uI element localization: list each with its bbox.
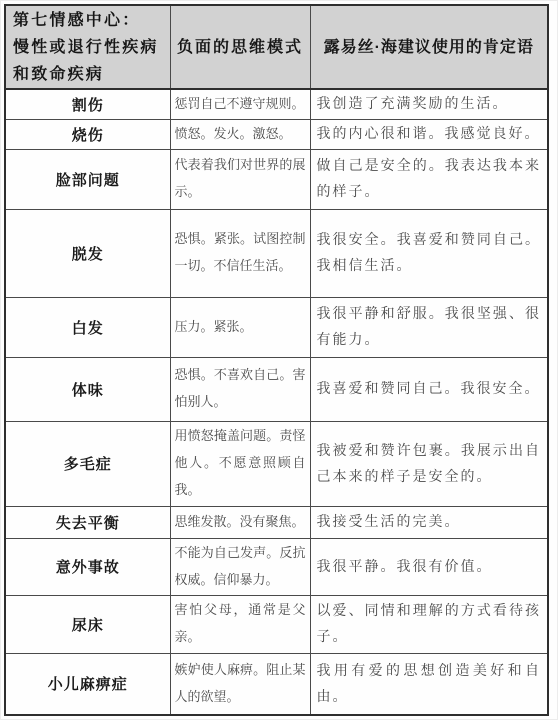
condition-cell: 割伤: [5, 89, 170, 119]
negative-pattern-cell: 害怕父母，通常是父亲。: [170, 595, 310, 653]
affirmation-cell: 我很平静。我很有价值。: [310, 538, 548, 595]
condition-cell: 脸部问题: [5, 149, 170, 209]
table-row: 多毛症 用愤怒掩盖问题。责怪他人。不愿意照顾自我。 我被爱和赞许包裹。我展示出自…: [5, 421, 548, 506]
negative-pattern-cell: 嫉妒使人麻痹。阻止某人的欲望。: [170, 653, 310, 715]
condition-cell: 失去平衡: [5, 506, 170, 538]
condition-cell: 多毛症: [5, 421, 170, 506]
table-row: 烧伤 愤怒。发火。激怒。 我的内心很和谐。我感觉良好。: [5, 119, 548, 149]
condition-cell: 体味: [5, 357, 170, 421]
negative-pattern-cell: 惩罚自己不遵守规则。: [170, 89, 310, 119]
condition-cell: 烧伤: [5, 119, 170, 149]
affirmation-cell: 我创造了充满奖励的生活。: [310, 89, 548, 119]
negative-pattern-cell: 代表着我们对世界的展示。: [170, 149, 310, 209]
affirmation-cell: 我接受生活的完美。: [310, 506, 548, 538]
affirmation-cell: 我的内心很和谐。我感觉良好。: [310, 119, 548, 149]
condition-cell: 白发: [5, 297, 170, 357]
negative-pattern-cell: 恐惧。紧张。试图控制一切。不信任生活。: [170, 209, 310, 297]
affirmation-cell: 我用有爱的思想创造美好和自由。: [310, 653, 548, 715]
negative-pattern-cell: 恐惧。不喜欢自己。害怕别人。: [170, 357, 310, 421]
affirmation-cell: 我喜爱和赞同自己。我很安全。: [310, 357, 548, 421]
column-header-emotional-center: 第七情感中心： 慢性或退行性疾病 和致命疾病: [5, 5, 170, 89]
condition-cell: 意外事故: [5, 538, 170, 595]
table-body: 割伤 惩罚自己不遵守规则。 我创造了充满奖励的生活。 烧伤 愤怒。发火。激怒。 …: [5, 89, 548, 715]
affirmations-table: 第七情感中心： 慢性或退行性疾病 和致命疾病 负面的思维模式 露易丝·海建议使用…: [4, 4, 549, 716]
table-row: 尿床 害怕父母，通常是父亲。 以爱、同情和理解的方式看待孩子。: [5, 595, 548, 653]
negative-pattern-cell: 压力。紧张。: [170, 297, 310, 357]
table-row: 脸部问题 代表着我们对世界的展示。 做自己是安全的。我表达我本来的样子。: [5, 149, 548, 209]
header-row: 第七情感中心： 慢性或退行性疾病 和致命疾病 负面的思维模式 露易丝·海建议使用…: [5, 5, 548, 89]
condition-cell: 小儿麻痹症: [5, 653, 170, 715]
negative-pattern-cell: 不能为自己发声。反抗权威。信仰暴力。: [170, 538, 310, 595]
column-header-affirmation: 露易丝·海建议使用的肯定语: [310, 5, 548, 89]
column-header-negative-pattern: 负面的思维模式: [170, 5, 310, 89]
table-row: 体味 恐惧。不喜欢自己。害怕别人。 我喜爱和赞同自己。我很安全。: [5, 357, 548, 421]
negative-pattern-cell: 愤怒。发火。激怒。: [170, 119, 310, 149]
table-row: 失去平衡 思维发散。没有聚焦。 我接受生活的完美。: [5, 506, 548, 538]
condition-cell: 尿床: [5, 595, 170, 653]
scanned-book-page: 第七情感中心： 慢性或退行性疾病 和致命疾病 负面的思维模式 露易丝·海建议使用…: [0, 0, 558, 720]
affirmation-cell: 做自己是安全的。我表达我本来的样子。: [310, 149, 548, 209]
table-row: 脱发 恐惧。紧张。试图控制一切。不信任生活。 我很安全。我喜爱和赞同自己。我相信…: [5, 209, 548, 297]
negative-pattern-cell: 思维发散。没有聚焦。: [170, 506, 310, 538]
table-row: 意外事故 不能为自己发声。反抗权威。信仰暴力。 我很平静。我很有价值。: [5, 538, 548, 595]
table-row: 白发 压力。紧张。 我很平静和舒服。我很坚强、很有能力。: [5, 297, 548, 357]
table-row: 小儿麻痹症 嫉妒使人麻痹。阻止某人的欲望。 我用有爱的思想创造美好和自由。: [5, 653, 548, 715]
affirmation-cell: 我很安全。我喜爱和赞同自己。我相信生活。: [310, 209, 548, 297]
affirmation-cell: 以爱、同情和理解的方式看待孩子。: [310, 595, 548, 653]
negative-pattern-cell: 用愤怒掩盖问题。责怪他人。不愿意照顾自我。: [170, 421, 310, 506]
condition-cell: 脱发: [5, 209, 170, 297]
table-row: 割伤 惩罚自己不遵守规则。 我创造了充满奖励的生活。: [5, 89, 548, 119]
affirmation-cell: 我很平静和舒服。我很坚强、很有能力。: [310, 297, 548, 357]
affirmation-cell: 我被爱和赞许包裹。我展示出自己本来的样子是安全的。: [310, 421, 548, 506]
